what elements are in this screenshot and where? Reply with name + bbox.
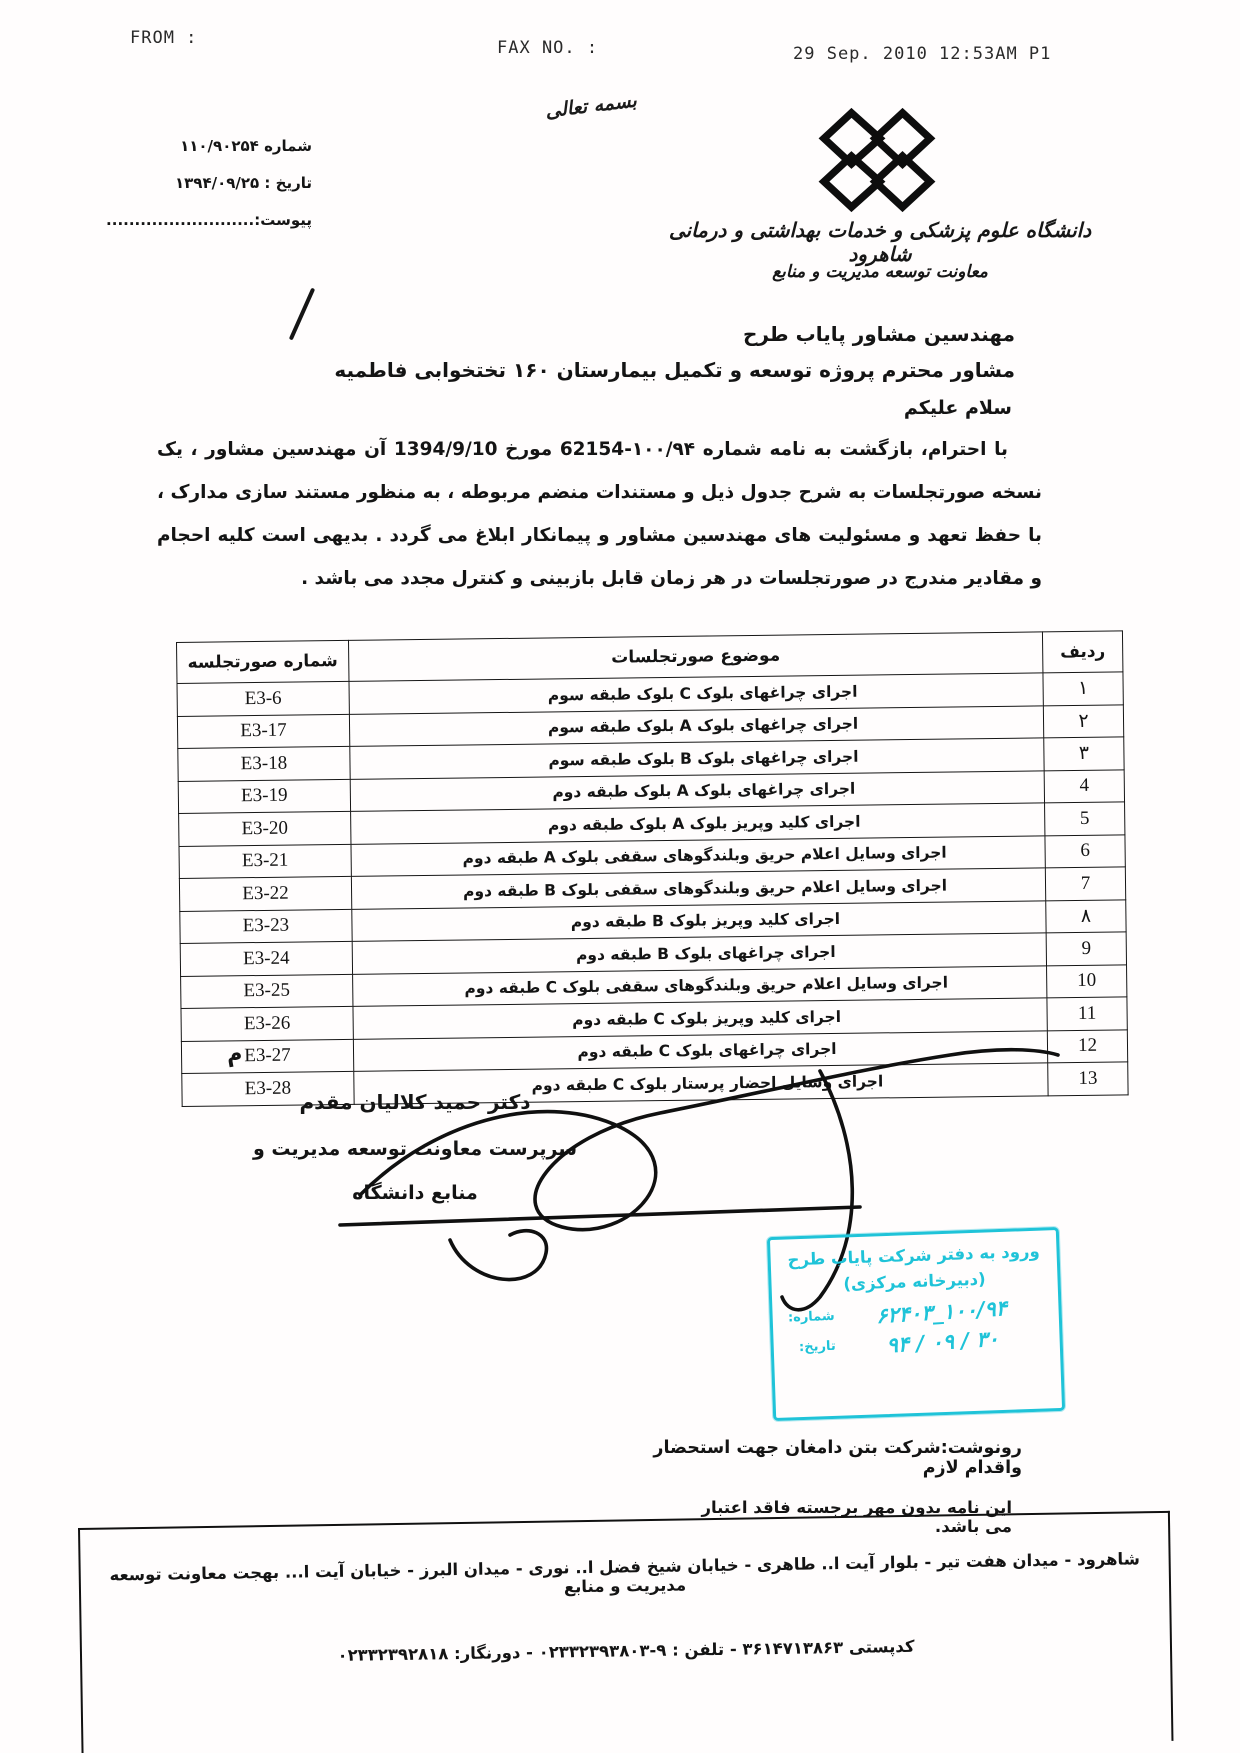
stamp-number-label: شماره: [782, 1308, 834, 1325]
row-minutes-number: E3-21 [179, 844, 351, 879]
row-number: ۸ [1046, 899, 1126, 932]
row-number: 5 [1045, 802, 1125, 835]
row-number: 6 [1045, 834, 1125, 867]
salutation: سلام علیکم [812, 397, 1012, 419]
row-minutes-number: E3-25 [181, 974, 353, 1009]
row-number: 11 [1047, 997, 1127, 1030]
doc-date-label: تاریخ : [264, 174, 312, 192]
university-name: دانشگاه علوم پزشکی و خدمات بهداشتی و درم… [660, 218, 1100, 266]
row-number: ۳ [1044, 737, 1124, 770]
recipient-description: مشاور محترم پروژه توسعه و تکمیل بیمارستا… [275, 358, 1015, 382]
header-row-number: ردیف [1042, 631, 1122, 673]
row-number: 7 [1045, 867, 1125, 900]
doc-attachment-label: پیوست: [254, 211, 312, 229]
stamp-date-label: تاریخ: [783, 1338, 835, 1355]
row-number: ۱ [1043, 672, 1123, 705]
fax-document-page: FROM : FAX NO. : 29 Sep. 2010 12:53AM P1… [0, 0, 1240, 1753]
row-number: 9 [1046, 932, 1126, 965]
doc-attachment-dots: .......................... [106, 211, 254, 229]
row-minutes-number: E3-6 [177, 681, 349, 716]
doc-number-value: ۱۱۰/۹۰۲۵۴ [180, 137, 259, 155]
doc-number-label: شماره [264, 137, 312, 155]
row-minutes-number: E3-24 [180, 941, 352, 976]
recipient-name: مهندسین مشاور پایاب طرح [725, 322, 1015, 346]
footer-address-box: شاهرود - میدان هفت تیر - بلوار آیت ا.. ط… [78, 1511, 1173, 1753]
entry-stamp: ورود به دفتر شرکت پایاب طرح (دبیرخانه مر… [767, 1227, 1065, 1421]
stamp-date-row: تاریخ: ۳۰ / ۰۹ / ۹۴ [783, 1326, 1050, 1359]
row-minutes-number: E3-20 [179, 811, 351, 846]
footer-address-line: شاهرود - میدان هفت تیر - بلوار آیت ا.. ط… [81, 1549, 1169, 1604]
row-number: 10 [1047, 964, 1127, 997]
row-number: ۲ [1043, 704, 1123, 737]
header-minutes-number: شماره صورتجلسه [177, 640, 349, 683]
fax-number-label: FAX NO. : [497, 38, 598, 58]
row-minutes-number: E3-22 [179, 876, 351, 911]
row-minutes-number: E3-19 [178, 779, 350, 814]
fax-from-label: FROM : [130, 28, 197, 48]
deputy-name: معاونت توسعه مدیریت و منابع [700, 262, 1060, 282]
handwritten-slash-mark [289, 288, 315, 341]
doc-number-line: شماره ۱۱۰/۹۰۲۵۴ [127, 128, 312, 165]
row-minutes-number: E3-23 [180, 909, 352, 944]
document-meta-block: شماره ۱۱۰/۹۰۲۵۴ تاریخ : ۱۳۹۴/۰۹/۲۵ پیوست… [127, 128, 312, 239]
stamp-date-value: ۳۰ / ۰۹ / ۹۴ [835, 1324, 1050, 1361]
body-paragraph-text: با احترام، بازگشت به نامه شماره ۱۰۰/۹۴-6… [157, 439, 1042, 589]
body-paragraph: با احترام، بازگشت به نامه شماره ۱۰۰/۹۴-6… [157, 428, 1042, 600]
row-minutes-number: E3-17 [177, 714, 349, 749]
bismillah-calligraphy: بسمه تعالی [544, 89, 638, 122]
doc-date-value: ۱۳۹۴/۰۹/۲۵ [175, 174, 259, 192]
row-minutes-number: E3-18 [178, 746, 350, 781]
footer-contact-line: کدپستی ۳۶۱۴۷۱۳۸۶۳ - تلفن : ۹-۰۲۳۳۲۳۹۳۸۰۳… [82, 1633, 1170, 1669]
university-knot-emblem-icon [818, 106, 936, 214]
doc-date-line: تاریخ : ۱۳۹۴/۰۹/۲۵ [127, 165, 312, 202]
stamp-number-row: شماره: ۱۰۰/۹۴_۶۲۴۰۳ [782, 1296, 1049, 1329]
cc-line: رونوشت:شرکت بتن دامغان جهت استحضار واقدا… [602, 1438, 1022, 1478]
row-number: 4 [1044, 769, 1124, 802]
doc-attachment-line: پیوست:.......................... [127, 202, 312, 239]
fax-timestamp: 29 Sep. 2010 12:53AM P1 [793, 44, 1051, 64]
